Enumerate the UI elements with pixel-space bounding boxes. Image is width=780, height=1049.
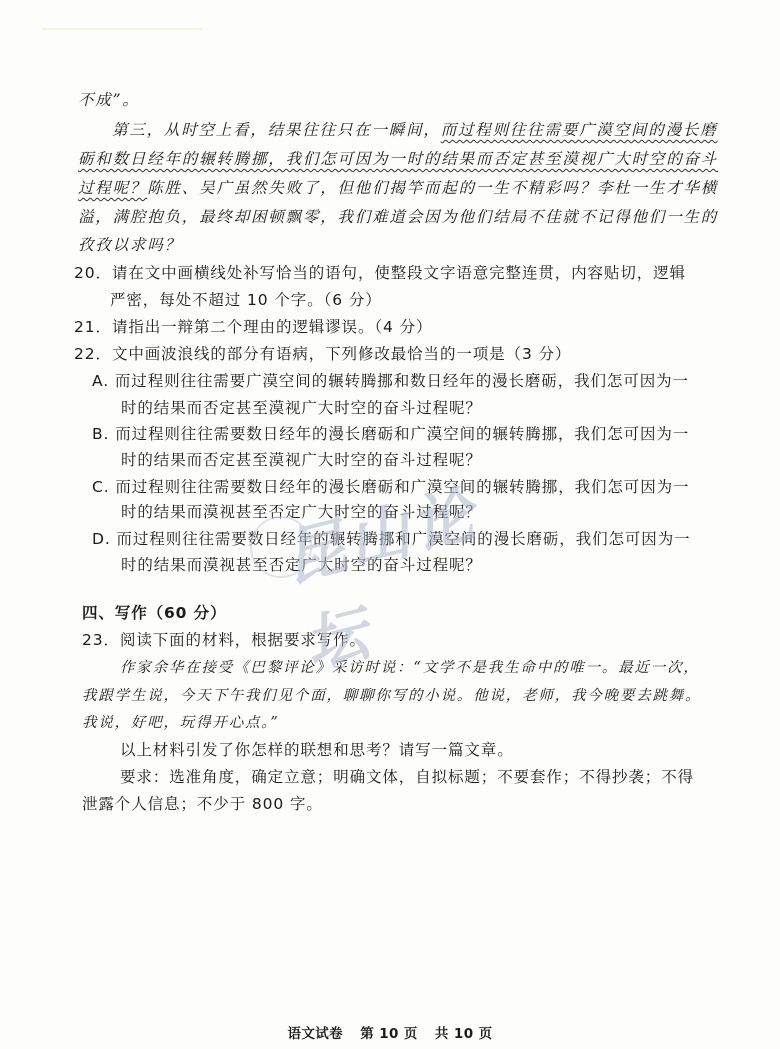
question-text: 请在文中画横线处补写恰当的语句，使整段文字语意完整连贯，内容贴切，逻辑 — [112, 264, 686, 282]
question-text: 文中画波浪线的部分有语病，下列修改最恰当的一项是（3 分） — [112, 345, 571, 363]
option-c-line-2: 时的结果而漠视甚至否定广大时空的奋斗过程呢？ — [121, 502, 482, 522]
wavy-underlined-text: 过程呢？ — [78, 179, 147, 197]
question-21: 21．请指出一辩第二个理由的逻辑谬误。（4 分） — [74, 317, 432, 337]
question-number: 23． — [82, 631, 120, 649]
passage-continuation: 不成”。 — [78, 90, 140, 110]
option-text: 而过程则往往需要广漠空间的辗转腾挪和数日经年的漫长磨砺，我们怎可因为一 — [115, 372, 689, 390]
scan-artifact — [42, 28, 202, 30]
question-22: 22．文中画波浪线的部分有语病，下列修改最恰当的一项是（3 分） — [74, 344, 571, 364]
paragraph-3-line-1: 第三，从时空上看，结果往往只在一瞬间，而过程则往往需要广漠空间的漫长磨 — [112, 120, 718, 140]
question-text: 阅读下面的材料，根据要求写作。 — [120, 631, 366, 649]
paragraph-3-line-5: 孜孜以求吗？ — [78, 235, 182, 255]
plain-text: 陈胜、吴广虽然失败了，但他们揭竿而起的一生不精彩吗？李杜一生才华横 — [147, 179, 718, 197]
plain-text: 第三，从时空上看，结果往往只在一瞬间， — [112, 121, 441, 139]
question-23: 23．阅读下面的材料，根据要求写作。 — [82, 630, 366, 650]
material-line-2: 我跟学生说，今天下午我们见个面，聊聊你写的小说。他说，老师，我今晚要去跳舞。 — [82, 686, 701, 706]
option-label: C. — [92, 478, 110, 496]
question-text: 请指出一辩第二个理由的逻辑谬误。（4 分） — [112, 318, 432, 336]
option-b-line-2: 时的结果而否定甚至漠视广大时空的奋斗过程呢？ — [121, 450, 482, 470]
writing-prompt: 以上材料引发了你怎样的联想和思考？请写一篇文章。 — [120, 740, 514, 760]
question-number: 22． — [74, 345, 112, 363]
exam-page: 不成”。 第三，从时空上看，结果往往只在一瞬间，而过程则往往需要广漠空间的漫长磨… — [0, 0, 780, 1049]
footer-subject: 语文试卷 — [287, 1026, 343, 1042]
footer-total-pages: 共 10 页 — [435, 1026, 493, 1042]
option-c: C. 而过程则往往需要数日经年的漫长磨砺和广漠空间的辗转腾挪，我们怎可因为一 — [92, 477, 689, 497]
question-20: 20．请在文中画横线处补写恰当的语句，使整段文字语意完整连贯，内容贴切，逻辑 — [74, 263, 686, 283]
paragraph-3-line-2: 砺和数日经年的辗转腾挪，我们怎可因为一时的结果而否定甚至漠视广大时空的奋斗 — [78, 149, 718, 169]
option-label: B. — [92, 425, 109, 443]
page-footer: 语文试卷 第 10 页 共 10 页 — [0, 1022, 780, 1042]
material-line-3: 我说，好吧，玩得开心点。” — [82, 713, 280, 733]
paragraph-3-line-3: 过程呢？陈胜、吴广虽然失败了，但他们揭竿而起的一生不精彩吗？李杜一生才华横 — [78, 178, 718, 198]
option-d-line-2: 时的结果而漠视甚至否定广大时空的奋斗过程呢？ — [121, 555, 482, 575]
section-title-writing: 四、写作（60 分） — [82, 603, 226, 623]
option-b: B. 而过程则往往需要数日经年的漫长磨砺和广漠空间的辗转腾挪，我们怎可因为一 — [92, 424, 689, 444]
writing-requirements-line-1: 要求：选准角度，确定立意；明确文体，自拟标题；不要套作；不得抄袭；不得 — [120, 767, 694, 787]
question-number: 21． — [74, 318, 112, 336]
question-number: 20． — [74, 264, 112, 282]
writing-requirements-line-2: 泄露个人信息；不少于 800 字。 — [82, 794, 323, 814]
option-d: D. 而过程则往往需要数日经年的辗转腾挪和广漠空间的漫长磨砺，我们怎可因为一 — [92, 529, 691, 549]
option-a: A. 而过程则往往需要广漠空间的辗转腾挪和数日经年的漫长磨砺，我们怎可因为一 — [92, 371, 689, 391]
option-label: A. — [92, 372, 109, 390]
material-line-1: 作家余华在接受《巴黎评论》采访时说：“文学不是我生命中的唯一。最近一次， — [120, 658, 700, 678]
option-text: 而过程则往往需要数日经年的漫长磨砺和广漠空间的辗转腾挪，我们怎可因为一 — [115, 478, 689, 496]
footer-page-number: 第 10 页 — [360, 1026, 418, 1042]
question-20-line-2: 严密，每处不超过 10 个字。（6 分） — [110, 290, 382, 310]
option-text: 而过程则往往需要数日经年的漫长磨砺和广漠空间的辗转腾挪，我们怎可因为一 — [115, 425, 689, 443]
option-a-line-2: 时的结果而否定甚至漠视广大时空的奋斗过程呢？ — [121, 398, 482, 418]
option-text: 而过程则往往需要数日经年的辗转腾挪和广漠空间的漫长磨砺，我们怎可因为一 — [117, 530, 691, 548]
paragraph-3-line-4: 溢，满腔抱负，最终却困顿飘零，我们难道会因为他们结局不佳就不记得他们一生的 — [78, 207, 718, 227]
option-label: D. — [92, 530, 111, 548]
wavy-underlined-text: 而过程则往往需要广漠空间的漫长磨 — [441, 121, 718, 139]
